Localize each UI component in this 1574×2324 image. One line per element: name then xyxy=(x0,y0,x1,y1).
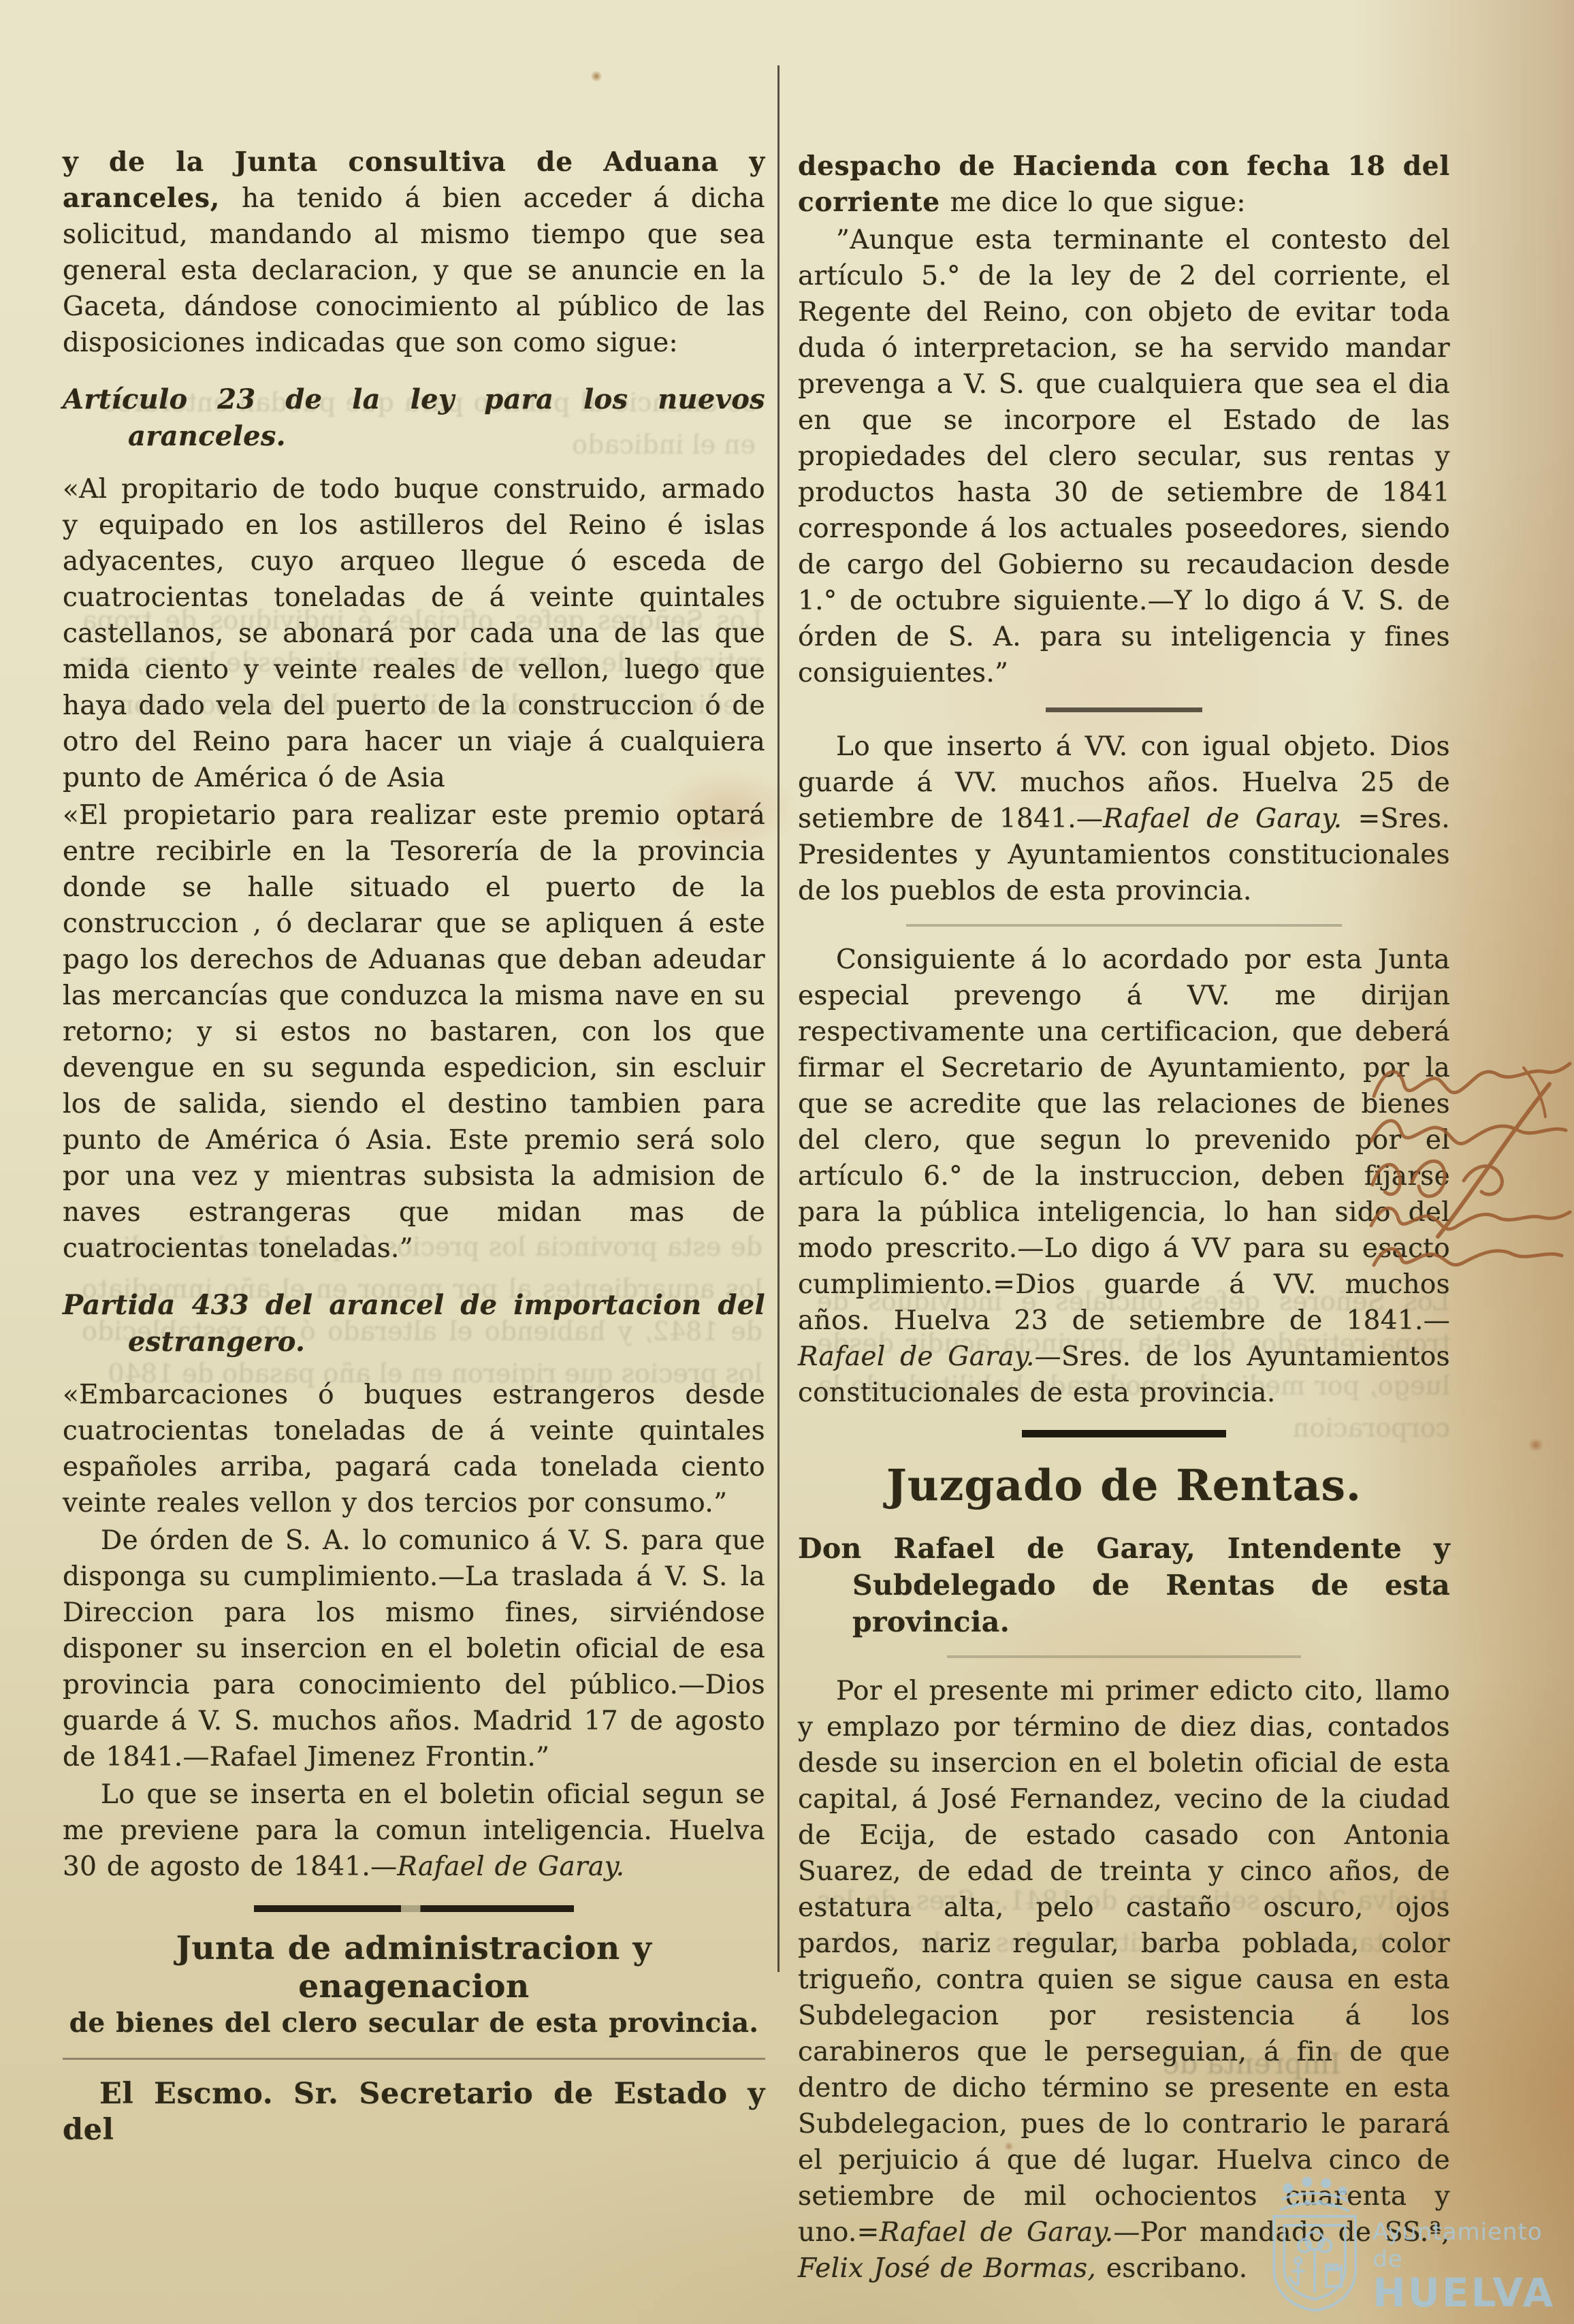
paragraph-quote: «Embarcaciones ó buques estrangeros desd… xyxy=(63,1377,765,1521)
paragraph-text: escribano. xyxy=(1096,2253,1247,2284)
thin-rule xyxy=(63,2058,765,2060)
watermark-line-1: Ayuntamiento de xyxy=(1372,2218,1567,2273)
signature-rafael-de-garay: Rafael de Garay. xyxy=(880,2217,1114,2248)
handwritten-marginalia xyxy=(1367,1054,1574,1279)
paragraph-text: me dice lo que sigue: xyxy=(940,187,1246,218)
section-rule xyxy=(1022,1430,1226,1437)
right-column: despacho de Hacienda con fecha 18 del co… xyxy=(798,148,1450,2288)
signature-rafael-de-garay: Rafael de Garay. xyxy=(1103,803,1342,834)
huelva-watermark: Ayuntamiento de HUELVA xyxy=(1268,2169,1567,2319)
watermark-text: Ayuntamiento de HUELVA xyxy=(1372,2218,1567,2319)
huelva-coat-of-arms-icon xyxy=(1268,2169,1363,2319)
scanned-gazette-page: { "left": { "p1_bold": "y de la Junta co… xyxy=(0,0,1574,2324)
paragraph-text: Por el presente mi primer edicto cito, l… xyxy=(798,1676,1450,2248)
paragraph-text: Consiguiente á lo acordado por esta Junt… xyxy=(798,944,1450,1336)
section-rule xyxy=(254,1905,574,1912)
thin-rule xyxy=(906,924,1342,927)
paragraph: Consiguiente á lo acordado por esta Junt… xyxy=(798,942,1450,1411)
small-rule xyxy=(1046,707,1202,712)
paragraph: Lo que inserto á VV. con igual objeto. D… xyxy=(798,729,1450,909)
heading-articulo-23: Artículo 23 de la ley para los nuevos ar… xyxy=(63,381,765,455)
paragraph-quote: ”Aunque esta terminante el contesto del … xyxy=(798,222,1450,691)
paragraph-escmo-lead: El Escmo. Sr. Secretario de Estado y del xyxy=(63,2076,765,2148)
heading-line-1: Junta de administracion y enagenacion xyxy=(63,1930,765,2006)
left-column: y de la Junta consultiva de Aduana y ara… xyxy=(63,144,765,2148)
paragraph: Lo que se inserta en el boletin oficial … xyxy=(63,1777,765,1885)
column-divider-rule xyxy=(777,65,780,1972)
watermark-line-2: HUELVA xyxy=(1372,2273,1567,2312)
signature-rafael-de-garay: Rafael de Garay. xyxy=(397,1851,624,1882)
heading-partida-433: Partida 433 del arancel de importacion d… xyxy=(63,1287,765,1360)
paragraph: De órden de S. A. lo comunico á V. S. pa… xyxy=(63,1523,765,1775)
paragraph-don-rafael: Don Rafael de Garay, Intendente y Subdel… xyxy=(798,1530,1450,1640)
paragraph-quote: «Al propitario de todo buque construido,… xyxy=(63,471,765,796)
paragraph-continuation: y de la Junta consultiva de Aduana y ara… xyxy=(63,144,765,361)
heading-junta-administracion: Junta de administracion y enagenacion de… xyxy=(63,1930,765,2040)
paragraph-quote: «El propietario para realizar este premi… xyxy=(63,797,765,1267)
paragraph-continuation: despacho de Hacienda con fecha 18 del co… xyxy=(798,148,1450,221)
signature-rafael-de-garay: Rafael de Garay. xyxy=(798,1341,1035,1372)
signature-felix-jose-bormas: Felix José de Bormas, xyxy=(798,2253,1096,2284)
thin-rule xyxy=(947,1655,1301,1658)
heading-juzgado-de-rentas: Juzgado de Rentas. xyxy=(798,1461,1450,1510)
heading-line-2: de bienes del clero secular de esta prov… xyxy=(63,2006,765,2040)
